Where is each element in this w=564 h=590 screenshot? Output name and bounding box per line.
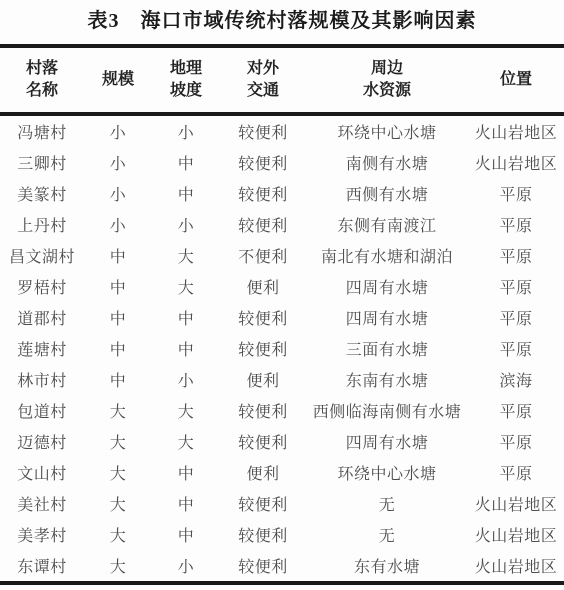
- cell-location: 平原: [468, 178, 564, 209]
- cell-slope: 大: [152, 426, 220, 457]
- cell-water-resources: 南北有水塘和湖泊: [306, 240, 468, 271]
- cell-location: 火山岩地区: [468, 550, 564, 583]
- cell-location: 滨海: [468, 364, 564, 395]
- cell-location: 平原: [468, 457, 564, 488]
- table-row: 美孝村大中较便利无火山岩地区: [0, 519, 564, 550]
- cell-scale: 大: [84, 550, 152, 583]
- table-row: 冯塘村小小较便利环绕中心水塘火山岩地区: [0, 114, 564, 147]
- cell-transport: 较便利: [220, 114, 306, 147]
- cell-location: 火山岩地区: [468, 147, 564, 178]
- cell-village-name: 美社村: [0, 488, 84, 519]
- cell-location: 平原: [468, 395, 564, 426]
- cell-scale: 大: [84, 488, 152, 519]
- cell-scale: 小: [84, 209, 152, 240]
- cell-scale: 中: [84, 364, 152, 395]
- cell-location: 平原: [468, 333, 564, 364]
- cell-village-name: 美篆村: [0, 178, 84, 209]
- table-row: 迈德村大大较便利四周有水塘平原: [0, 426, 564, 457]
- cell-transport: 较便利: [220, 426, 306, 457]
- cell-slope: 小: [152, 209, 220, 240]
- cell-transport: 较便利: [220, 178, 306, 209]
- table-row: 东谭村大小较便利东有水塘火山岩地区: [0, 550, 564, 583]
- cell-scale: 中: [84, 333, 152, 364]
- cell-slope: 大: [152, 395, 220, 426]
- cell-scale: 小: [84, 178, 152, 209]
- cell-water-resources: 南侧有水塘: [306, 147, 468, 178]
- cell-scale: 大: [84, 457, 152, 488]
- cell-transport: 较便利: [220, 333, 306, 364]
- cell-slope: 中: [152, 519, 220, 550]
- header-transport: 对外 交通: [220, 46, 306, 114]
- cell-village-name: 文山村: [0, 457, 84, 488]
- table-row: 道郡村中中较便利四周有水塘平原: [0, 302, 564, 333]
- cell-location: 平原: [468, 271, 564, 302]
- cell-slope: 中: [152, 147, 220, 178]
- cell-water-resources: 无: [306, 488, 468, 519]
- cell-scale: 大: [84, 395, 152, 426]
- table-row: 文山村大中便利环绕中心水塘平原: [0, 457, 564, 488]
- cell-village-name: 昌文湖村: [0, 240, 84, 271]
- cell-water-resources: 四周有水塘: [306, 271, 468, 302]
- cell-village-name: 美孝村: [0, 519, 84, 550]
- cell-scale: 中: [84, 240, 152, 271]
- cell-location: 火山岩地区: [468, 519, 564, 550]
- cell-transport: 便利: [220, 364, 306, 395]
- cell-water-resources: 东有水塘: [306, 550, 468, 583]
- table-row: 莲塘村中中较便利三面有水塘平原: [0, 333, 564, 364]
- cell-scale: 中: [84, 302, 152, 333]
- cell-transport: 较便利: [220, 395, 306, 426]
- cell-village-name: 迈德村: [0, 426, 84, 457]
- table-header: 村落 名称规模地理 坡度对外 交通周边 水资源位置: [0, 46, 564, 114]
- table-row: 美篆村小中较便利西侧有水塘平原: [0, 178, 564, 209]
- cell-scale: 中: [84, 271, 152, 302]
- cell-village-name: 道郡村: [0, 302, 84, 333]
- cell-slope: 中: [152, 457, 220, 488]
- table-row: 包道村大大较便利西侧临海南侧有水塘平原: [0, 395, 564, 426]
- cell-slope: 小: [152, 364, 220, 395]
- table-row: 美社村大中较便利无火山岩地区: [0, 488, 564, 519]
- cell-water-resources: 东侧有南渡江: [306, 209, 468, 240]
- cell-village-name: 上丹村: [0, 209, 84, 240]
- table-row: 三卿村小中较便利南侧有水塘火山岩地区: [0, 147, 564, 178]
- table-row: 罗梧村中大便利四周有水塘平原: [0, 271, 564, 302]
- table-row: 林市村中小便利东南有水塘滨海: [0, 364, 564, 395]
- cell-water-resources: 环绕中心水塘: [306, 114, 468, 147]
- cell-water-resources: 西侧临海南侧有水塘: [306, 395, 468, 426]
- cell-village-name: 冯塘村: [0, 114, 84, 147]
- cell-scale: 大: [84, 519, 152, 550]
- table-title: 表3 海口市域传统村落规模及其影响因素: [0, 0, 564, 44]
- cell-transport: 较便利: [220, 302, 306, 333]
- cell-slope: 中: [152, 178, 220, 209]
- table-row: 昌文湖村中大不便利南北有水塘和湖泊平原: [0, 240, 564, 271]
- header-village-name: 村落 名称: [0, 46, 84, 114]
- cell-location: 平原: [468, 209, 564, 240]
- cell-village-name: 包道村: [0, 395, 84, 426]
- cell-water-resources: 西侧有水塘: [306, 178, 468, 209]
- cell-transport: 较便利: [220, 147, 306, 178]
- cell-scale: 小: [84, 147, 152, 178]
- cell-transport: 便利: [220, 271, 306, 302]
- header-slope: 地理 坡度: [152, 46, 220, 114]
- cell-scale: 小: [84, 114, 152, 147]
- cell-transport: 较便利: [220, 209, 306, 240]
- cell-transport: 较便利: [220, 519, 306, 550]
- cell-slope: 小: [152, 114, 220, 147]
- cell-location: 平原: [468, 302, 564, 333]
- cell-water-resources: 环绕中心水塘: [306, 457, 468, 488]
- cell-transport: 较便利: [220, 488, 306, 519]
- header-row: 村落 名称规模地理 坡度对外 交通周边 水资源位置: [0, 46, 564, 114]
- cell-slope: 中: [152, 333, 220, 364]
- cell-village-name: 林市村: [0, 364, 84, 395]
- cell-village-name: 三卿村: [0, 147, 84, 178]
- cell-slope: 中: [152, 302, 220, 333]
- header-location: 位置: [468, 46, 564, 114]
- table-body: 冯塘村小小较便利环绕中心水塘火山岩地区三卿村小中较便利南侧有水塘火山岩地区美篆村…: [0, 114, 564, 583]
- cell-slope: 小: [152, 550, 220, 583]
- cell-water-resources: 无: [306, 519, 468, 550]
- cell-village-name: 罗梧村: [0, 271, 84, 302]
- header-scale: 规模: [84, 46, 152, 114]
- cell-slope: 中: [152, 488, 220, 519]
- cell-scale: 大: [84, 426, 152, 457]
- cell-slope: 大: [152, 240, 220, 271]
- cell-village-name: 莲塘村: [0, 333, 84, 364]
- cell-transport: 较便利: [220, 550, 306, 583]
- cell-water-resources: 三面有水塘: [306, 333, 468, 364]
- cell-water-resources: 东南有水塘: [306, 364, 468, 395]
- village-table: 村落 名称规模地理 坡度对外 交通周边 水资源位置 冯塘村小小较便利环绕中心水塘…: [0, 44, 564, 585]
- cell-slope: 大: [152, 271, 220, 302]
- cell-location: 平原: [468, 240, 564, 271]
- cell-village-name: 东谭村: [0, 550, 84, 583]
- cell-water-resources: 四周有水塘: [306, 302, 468, 333]
- cell-transport: 便利: [220, 457, 306, 488]
- cell-water-resources: 四周有水塘: [306, 426, 468, 457]
- cell-transport: 不便利: [220, 240, 306, 271]
- cell-location: 平原: [468, 426, 564, 457]
- page: 表3 海口市域传统村落规模及其影响因素 村落 名称规模地理 坡度对外 交通周边 …: [0, 0, 564, 590]
- cell-location: 火山岩地区: [468, 488, 564, 519]
- table-row: 上丹村小小较便利东侧有南渡江平原: [0, 209, 564, 240]
- header-water-resources: 周边 水资源: [306, 46, 468, 114]
- cell-location: 火山岩地区: [468, 114, 564, 147]
